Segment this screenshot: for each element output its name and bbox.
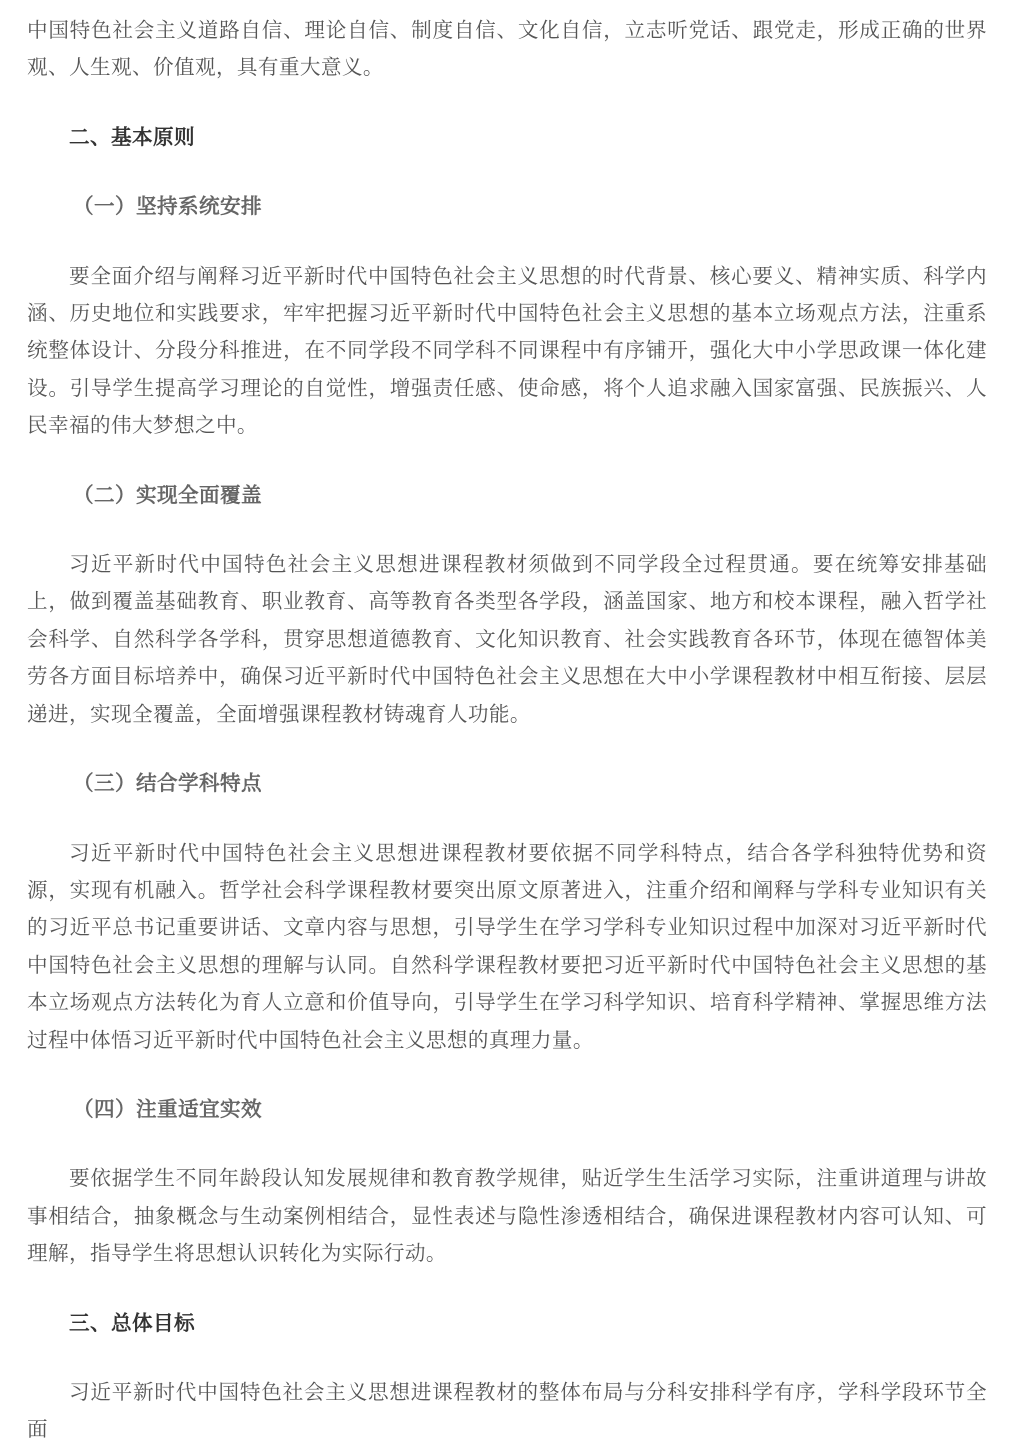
section-heading-overall-goals: 三、总体目标 xyxy=(27,1305,987,1342)
document-body: 中国特色社会主义道路自信、理论自信、制度自信、文化自信，立志听党话、跟党走，形成… xyxy=(27,12,987,1449)
subheading-full-coverage: （二）实现全面覆盖 xyxy=(27,477,987,514)
paragraph-practical-effectiveness: 要依据学生不同年龄段认知发展规律和教育教学规律，贴近学生生活学习实际，注重讲道理… xyxy=(27,1160,987,1272)
subheading-subject-characteristics: （三）结合学科特点 xyxy=(27,765,987,802)
subheading-systematic-arrangement: （一）坚持系统安排 xyxy=(27,188,987,225)
intro-continuation-paragraph: 中国特色社会主义道路自信、理论自信、制度自信、文化自信，立志听党话、跟党走，形成… xyxy=(27,12,987,87)
subheading-practical-effectiveness: （四）注重适宜实效 xyxy=(27,1091,987,1128)
paragraph-subject-characteristics: 习近平新时代中国特色社会主义思想进课程教材要依据不同学科特点，结合各学科独特优势… xyxy=(27,835,987,1059)
paragraph-full-coverage: 习近平新时代中国特色社会主义思想进课程教材须做到不同学段全过程贯通。要在统筹安排… xyxy=(27,546,987,733)
paragraph-systematic-arrangement: 要全面介绍与阐释习近平新时代中国特色社会主义思想的时代背景、核心要义、精神实质、… xyxy=(27,258,987,445)
section-heading-basic-principles: 二、基本原则 xyxy=(27,119,987,156)
paragraph-overall-goals: 习近平新时代中国特色社会主义思想进课程教材的整体布局与分科安排科学有序，学科学段… xyxy=(27,1374,987,1449)
